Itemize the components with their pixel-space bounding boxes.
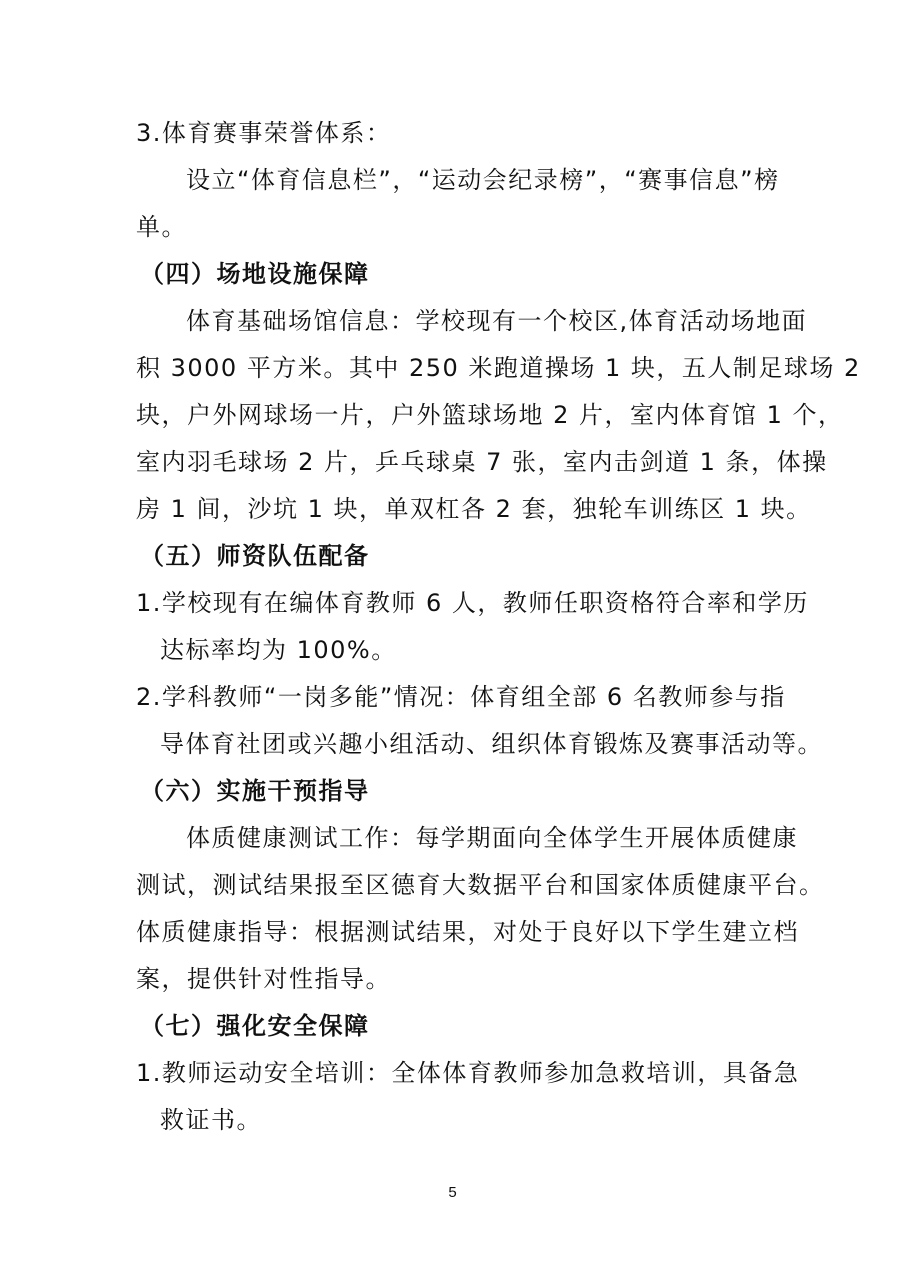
paragraph-line: 体质健康指导：根据测试结果，对处于良好以下学生建立档	[136, 917, 799, 947]
list-item-line: 2.学科教师“一岗多能”情况：体育组全部 6 名教师参与指	[136, 682, 786, 712]
list-item-line: 1.学校现有在编体育教师 6 人，教师任职资格符合率和学历	[136, 588, 809, 618]
list-item-line: 3.体育赛事荣誉体系：	[136, 118, 391, 148]
paragraph-line: 测试，测试结果报至区德育大数据平台和国家体质健康平台。	[136, 870, 825, 900]
paragraph-line: 导体育社团或兴趣小组活动、组织体育锻炼及赛事活动等。	[160, 729, 823, 759]
section-heading: （四）场地设施保障	[140, 259, 370, 289]
paragraph-line: 设立“体育信息栏”，“运动会纪录榜”，“赛事信息”榜	[186, 165, 780, 195]
paragraph-line: 积 3000 平方米。其中 250 米跑道操场 1 块，五人制足球场 2	[136, 353, 861, 383]
section-heading: （七）强化安全保障	[140, 1011, 370, 1041]
page-number: 5	[0, 1184, 905, 1201]
paragraph-line: 案，提供针对性指导。	[136, 964, 391, 994]
section-heading: （五）师资队伍配备	[140, 541, 370, 571]
paragraph-line: 块，户外网球场一片，户外篮球场地 2 片，室内体育馆 1 个，	[136, 400, 844, 430]
paragraph-line: 达标率均为 100%。	[160, 635, 397, 665]
paragraph-line: 单。	[136, 212, 187, 242]
paragraph-line: 体质健康测试工作：每学期面向全体学生开展体质健康	[186, 823, 798, 853]
paragraph-line: 房 1 间，沙坑 1 块，单双杠各 2 套，独轮车训练区 1 块。	[136, 494, 812, 524]
paragraph-line: 救证书。	[160, 1105, 262, 1135]
list-item-line: 1.教师运动安全培训：全体体育教师参加急救培训，具备急	[136, 1058, 799, 1088]
paragraph-line: 室内羽毛球场 2 片，乒乓球桌 7 张，室内击剑道 1 条，体操	[136, 447, 828, 477]
paragraph-line: 体育基础场馆信息：学校现有一个校区,体育活动场地面	[186, 306, 807, 336]
section-heading: （六）实施干预指导	[140, 776, 370, 806]
